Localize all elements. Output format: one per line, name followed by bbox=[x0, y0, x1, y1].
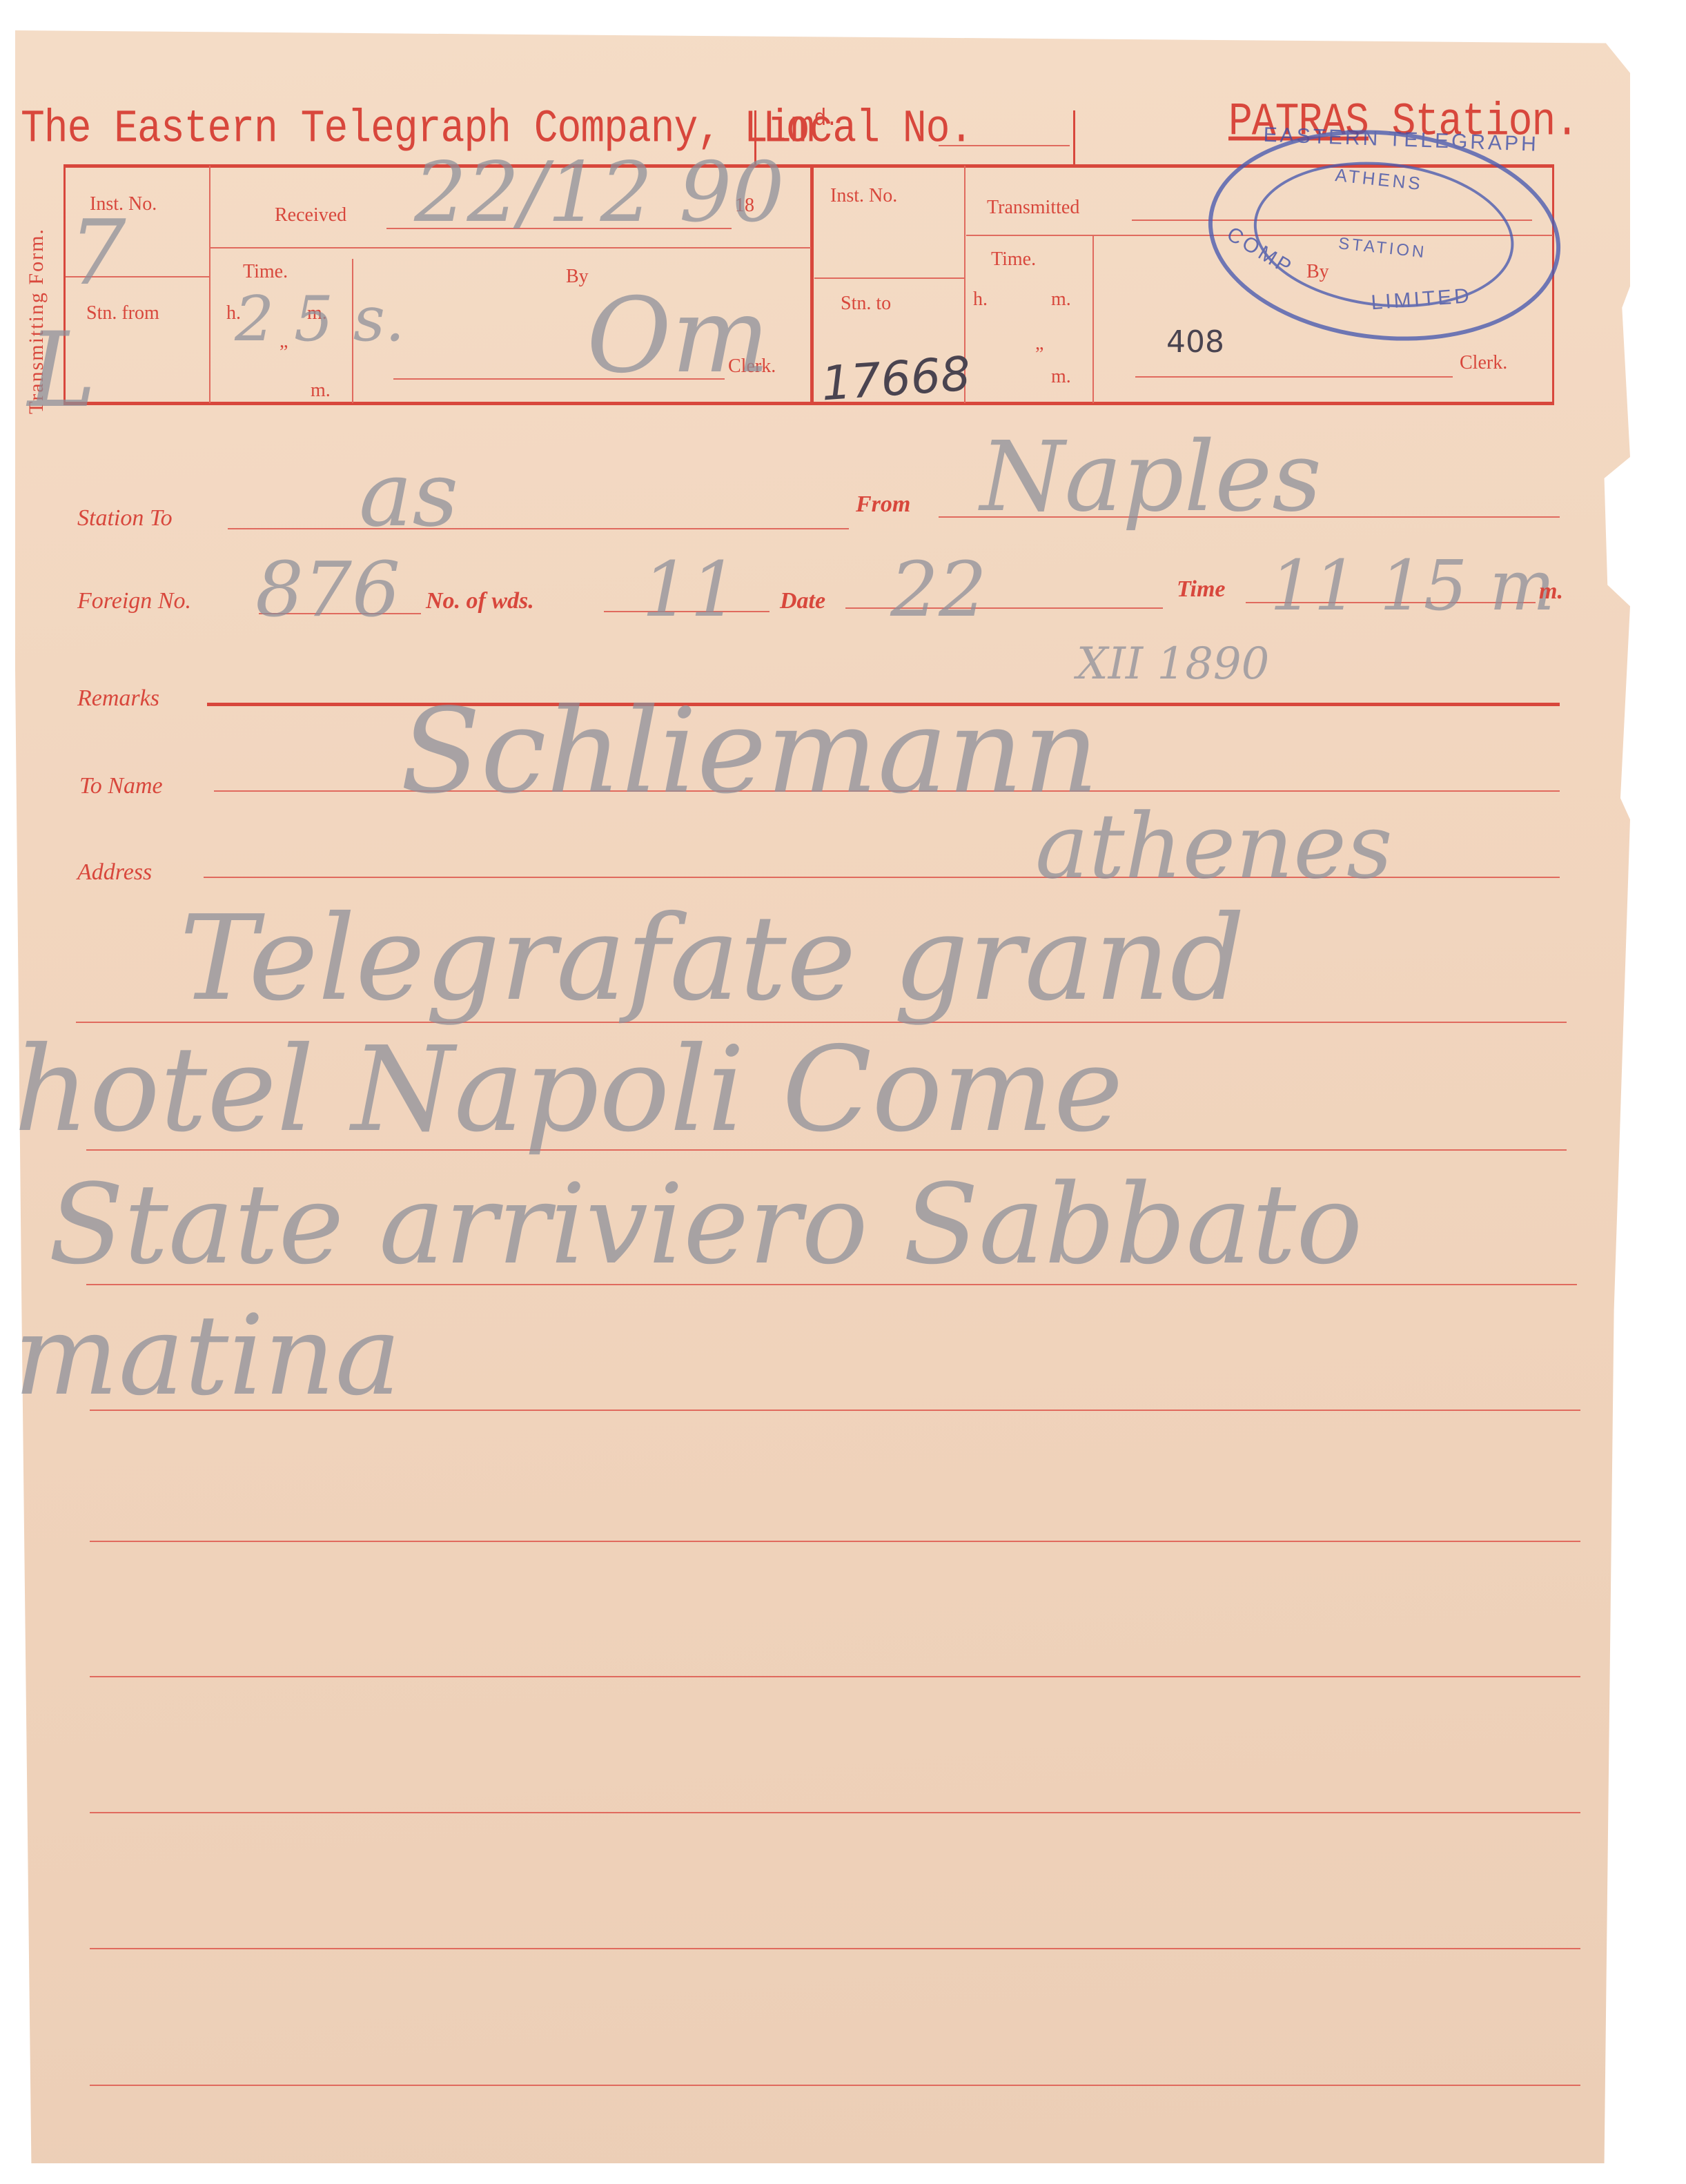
transmitted-m-label: m. bbox=[1051, 289, 1071, 311]
transmitted-ditto-mark: ” bbox=[1035, 344, 1043, 366]
message-line-4: matina bbox=[14, 1291, 401, 1420]
received-row-divider bbox=[210, 247, 811, 248]
message-rule-8 bbox=[90, 1948, 1580, 1949]
from-label: From bbox=[856, 491, 910, 518]
station-to-line bbox=[228, 528, 849, 529]
transmitted-clerk-label: Clerk. bbox=[1460, 352, 1507, 374]
transmitted-m-label-2: m. bbox=[1051, 366, 1071, 388]
transmitted-by-value: 408 bbox=[1166, 324, 1224, 360]
to-name-value: Schliemann bbox=[400, 683, 1099, 820]
received-col-divider bbox=[209, 166, 210, 403]
message-line-2: hotel Napoli Come bbox=[14, 1022, 1123, 1158]
stn-from-label: Stn. from bbox=[86, 302, 159, 324]
no-of-words-label: No. of wds. bbox=[426, 588, 534, 614]
remarks-label: Remarks bbox=[77, 685, 159, 712]
local-no-field bbox=[939, 145, 1070, 146]
date-annotation: XII 1890 bbox=[1077, 638, 1269, 690]
message-rule-7 bbox=[90, 1812, 1580, 1813]
address-value: athenes bbox=[1035, 794, 1393, 899]
box-center-divider bbox=[810, 164, 814, 404]
inst-divider-2 bbox=[814, 277, 964, 279]
transmitted-time-col-divider bbox=[1092, 236, 1094, 403]
from-value: Naples bbox=[980, 421, 1322, 534]
address-label: Address bbox=[77, 859, 152, 886]
message-line-1: Telegrafate grand bbox=[179, 890, 1245, 1027]
message-rule-6 bbox=[90, 1676, 1580, 1677]
time-suffix: m. bbox=[1539, 578, 1563, 605]
transmitted-inst-no-label: Inst. No. bbox=[830, 185, 897, 207]
foreign-no-value: 876 bbox=[255, 545, 400, 634]
no-of-words-value: 11 bbox=[642, 545, 738, 634]
stn-from-value: L bbox=[28, 311, 97, 431]
transmitted-time-label: Time. bbox=[991, 248, 1036, 271]
transmitted-clerk-line bbox=[1135, 376, 1453, 378]
message-rule-5 bbox=[90, 1541, 1580, 1542]
time-field-label: Time bbox=[1177, 576, 1226, 603]
stn-to-label: Stn. to bbox=[841, 293, 891, 315]
station-to-value: as bbox=[359, 442, 458, 547]
received-by-value: Om bbox=[587, 276, 770, 396]
transmitted-h-label: h. bbox=[973, 289, 988, 311]
stn-to-value: 17668 bbox=[820, 347, 972, 412]
date-label: Date bbox=[780, 588, 825, 614]
transmitted-label: Transmitted bbox=[987, 197, 1079, 219]
box-right-border bbox=[1552, 164, 1554, 404]
to-name-label: To Name bbox=[79, 773, 163, 799]
m-label-2: m. bbox=[311, 380, 331, 402]
local-no-label: Local No. bbox=[763, 104, 972, 155]
foreign-no-label: Foreign No. bbox=[77, 588, 191, 614]
message-rule-9 bbox=[90, 2085, 1580, 2086]
time-value: 11 15 m bbox=[1270, 545, 1555, 626]
header-divider-2 bbox=[1073, 110, 1075, 166]
time-label: Time. bbox=[243, 261, 288, 283]
received-label: Received bbox=[275, 204, 346, 226]
by-label: By bbox=[566, 266, 589, 288]
box-bottom-border bbox=[63, 402, 1554, 405]
received-time-value: 2 5 s. bbox=[235, 283, 405, 355]
date-value: 22 bbox=[890, 545, 987, 634]
received-date-value: 22/12 90 bbox=[414, 145, 785, 241]
inst-no-value: 7 bbox=[69, 200, 126, 305]
station-to-label: Station To bbox=[77, 505, 173, 532]
message-line-3: State arriviero Sabbato bbox=[48, 1160, 1362, 1289]
